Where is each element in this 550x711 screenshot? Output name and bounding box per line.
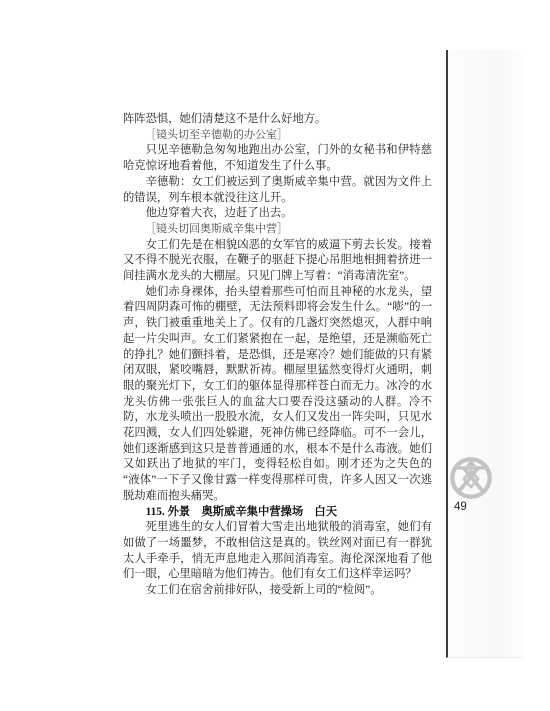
publisher-seal-icon (448, 454, 494, 502)
paragraph: 只见辛德勒急匆匆地跑出办公室，门外的女秘书和伊特慈哈克惊讶地看着他，不知道发生了… (123, 143, 432, 174)
paragraph: 女工们在宿舍前排好队，接受新上司的“检阅”。 (123, 583, 432, 599)
page-border-rule (446, 50, 522, 658)
page-number: 49 (454, 501, 467, 513)
scene-heading: 115. 外景 奥斯威辛集中营操场 白天 (123, 505, 432, 521)
paragraph: 死里逃生的女人们冒着大雪走出地狱般的消毒室，她们有如做了一场噩梦，不敢相信这是真… (123, 520, 432, 583)
paragraph: 他边穿着大衣，边赶了出去。 (123, 206, 432, 222)
page-text: 阵阵恐惧，她们清楚这不是什么好地方。 ［镜头切至辛德勒的办公室］ 只见辛德勒急匆… (123, 112, 432, 599)
scanned-page: 阵阵恐惧，她们清楚这不是什么好地方。 ［镜头切至辛德勒的办公室］ 只见辛德勒急匆… (0, 0, 550, 711)
paragraph: 她们赤身裸体，抬头望着那些可怕而且神秘的水龙头，望着四周阴森可怖的棚壁，无法预料… (123, 285, 432, 505)
stage-direction: ［镜头切至辛德勒的办公室］ (123, 128, 432, 144)
paragraph: 阵阵恐惧，她们清楚这不是什么好地方。 (123, 112, 432, 128)
paragraph: 女工们先是在相貌凶恶的女军官的威逼下剪去长发。接着又不得不脱光衣服，在鞭子的驱赶… (123, 238, 432, 285)
dialogue-line: 辛德勒：女工们被运到了奥斯威辛集中营。就因为文件上的错误，列车根本就没往这儿开。 (123, 175, 432, 206)
stage-direction: ［镜头切回奥斯威辛集中营］ (123, 222, 432, 238)
